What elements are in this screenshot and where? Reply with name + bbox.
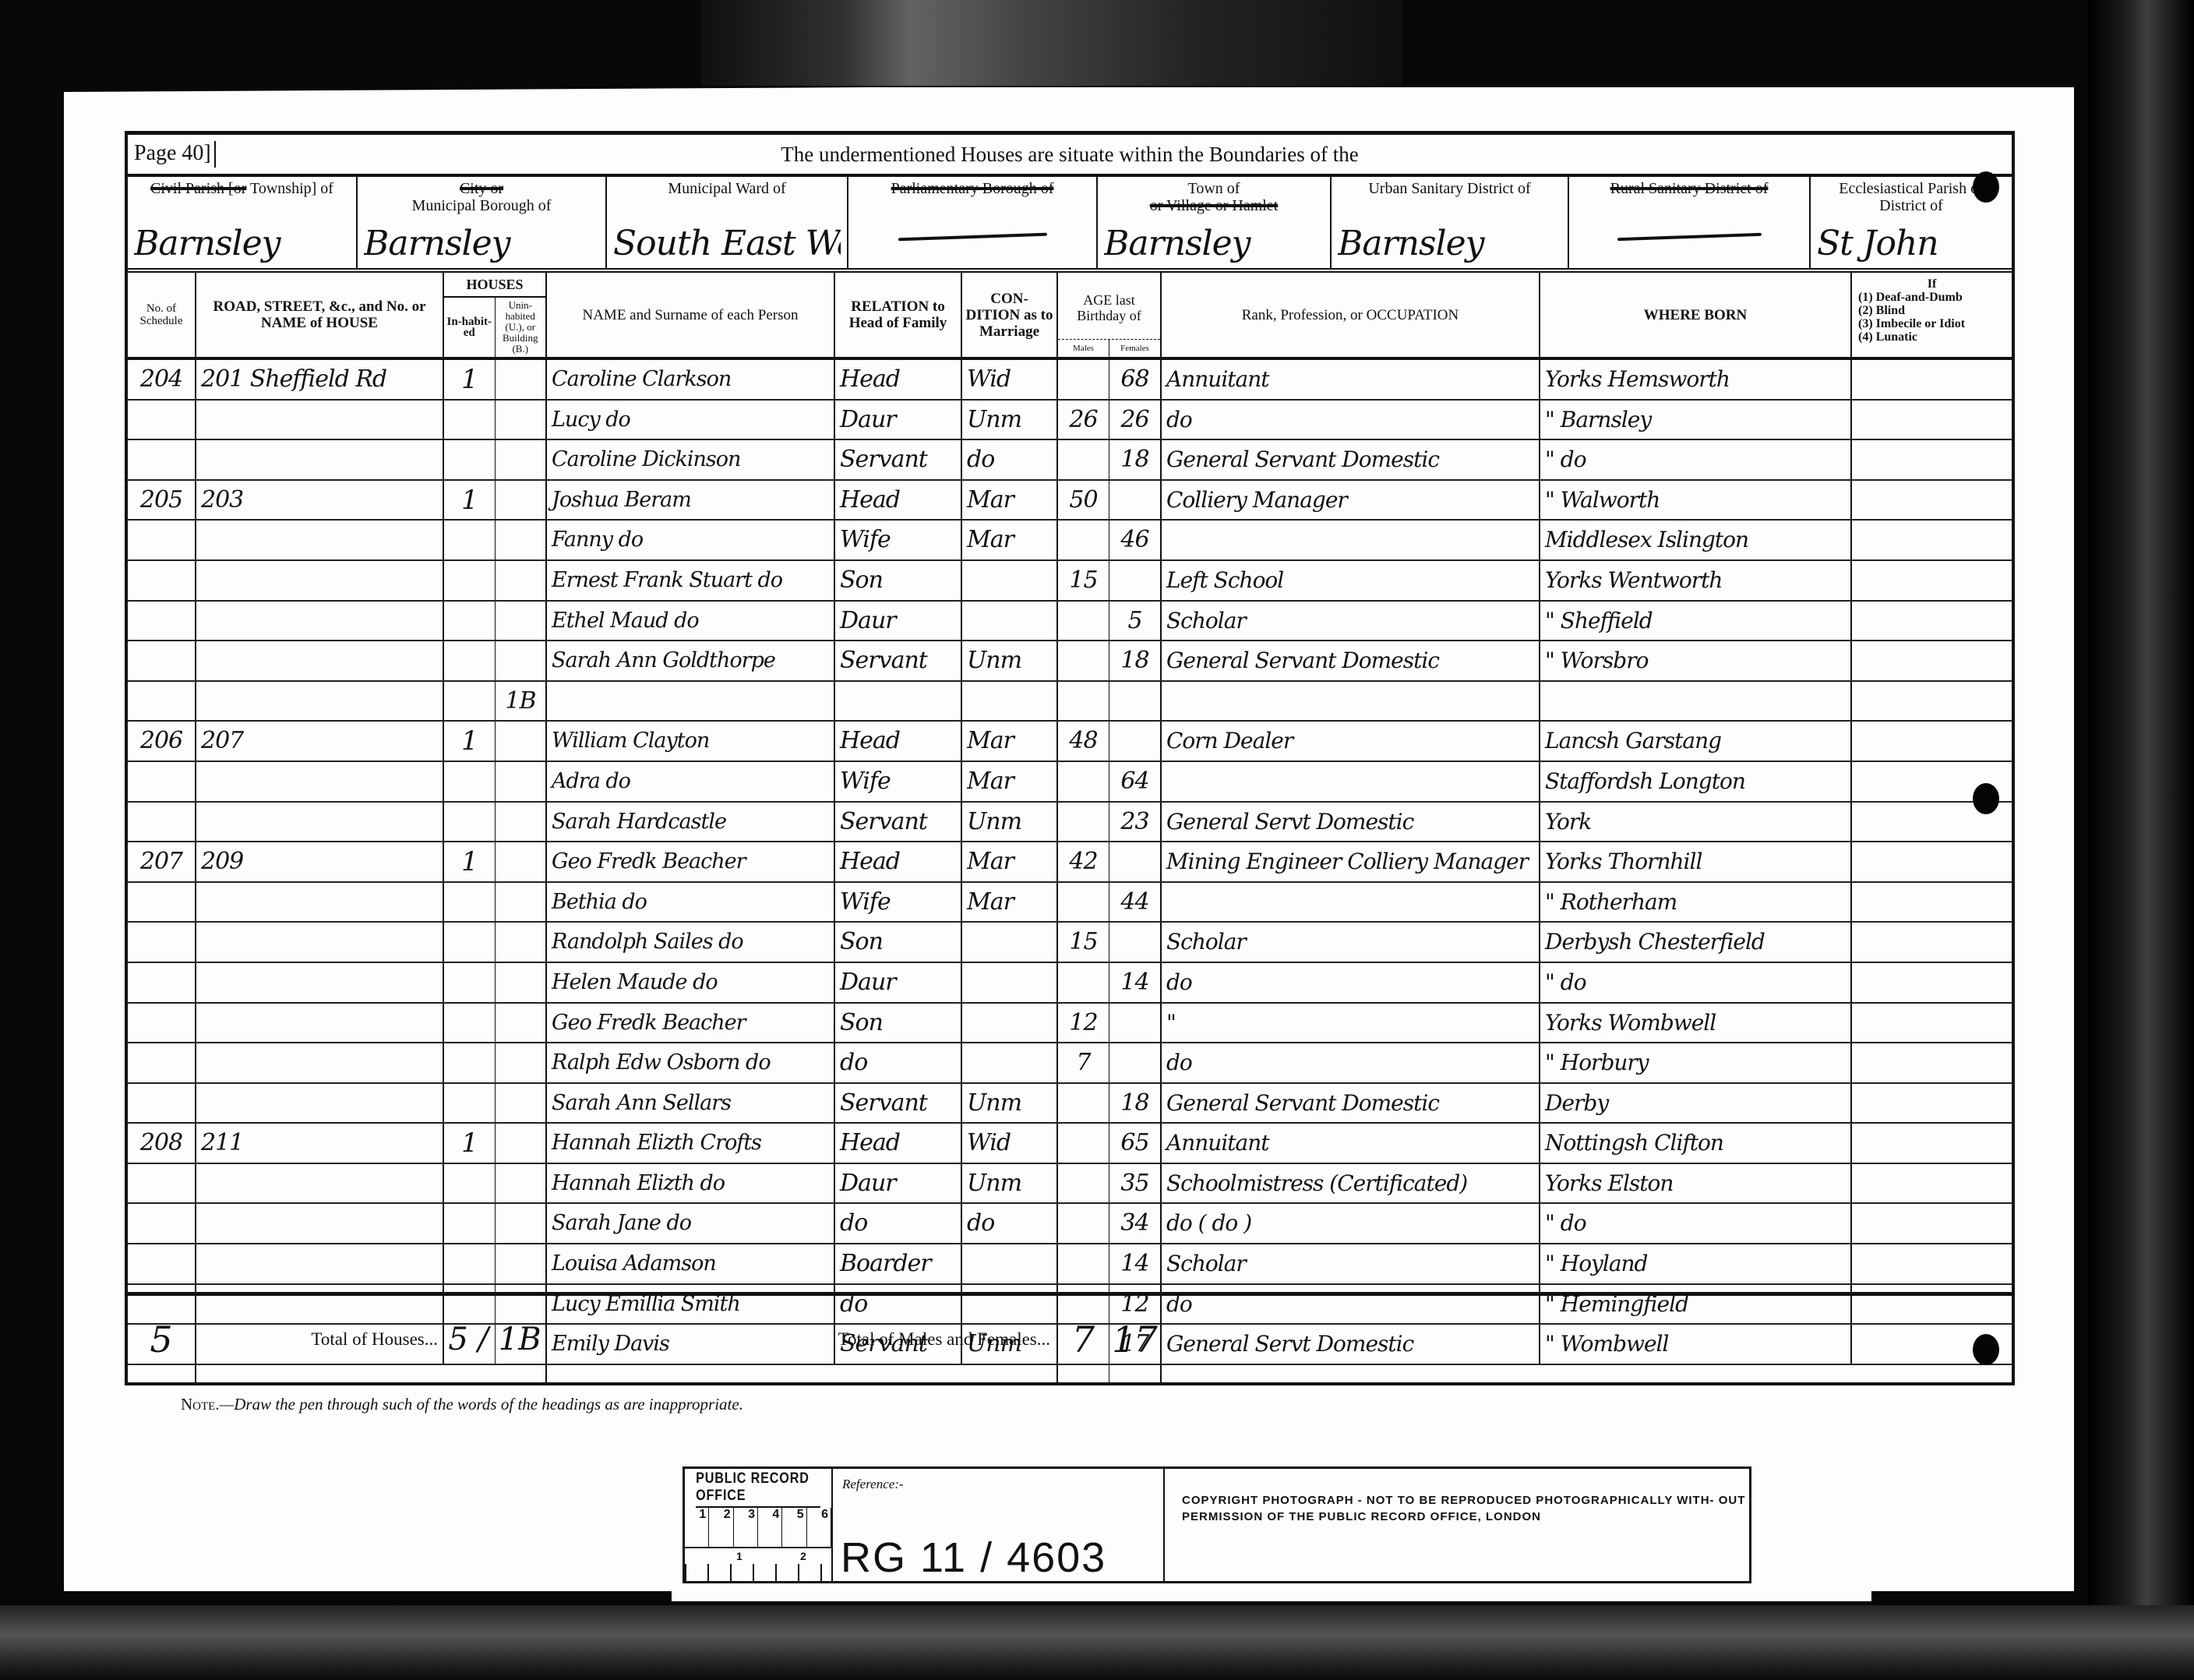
cell-infirmity	[1852, 440, 2012, 479]
cell-name: Louisa Adamson	[547, 1244, 835, 1283]
cell-inhabited	[444, 883, 496, 922]
cell-male-age: 26	[1058, 401, 1109, 439]
cell-road: 209	[196, 842, 444, 881]
cell-male-age	[1058, 521, 1109, 559]
col-name: NAME and Surname of each Person	[547, 273, 835, 357]
table-row: Adra doWifeMar64Staffordsh Longton	[128, 762, 2012, 803]
cell-name: Hannah Elizth Crofts	[547, 1124, 835, 1163]
cell-where-born	[1540, 682, 1852, 721]
cell-uninhabited	[496, 963, 547, 1002]
cell-infirmity	[1852, 561, 2012, 600]
cell-condition	[962, 963, 1058, 1002]
cell-relation: Son	[835, 1004, 962, 1043]
cell-uninhabited	[496, 1043, 547, 1082]
cell-relation: Head	[835, 842, 962, 881]
cell-occupation	[1162, 521, 1540, 559]
col-females: Females	[1109, 340, 1160, 357]
ruler: 1 2	[685, 1548, 831, 1581]
cell-where-born: " Walworth	[1540, 481, 1852, 520]
col-occupation: Rank, Profession, or OCCUPATION	[1162, 273, 1540, 357]
cell-occupation: Scholar	[1162, 923, 1540, 962]
cell-uninhabited	[496, 1164, 547, 1203]
total-persons-label-cell: Total of Males and Females...	[547, 1296, 1058, 1383]
cell-relation: Son	[835, 923, 962, 962]
cell-male-age: 50	[1058, 481, 1109, 520]
table-row: Louisa AdamsonBoarder14Scholar" Hoyland	[128, 1244, 2012, 1285]
cell-uninhabited	[496, 1084, 547, 1123]
cell-occupation: Colliery Manager	[1162, 481, 1540, 520]
cell-name: Geo Fredk Beacher	[547, 1004, 835, 1043]
pro-office-title: PUBLIC RECORD OFFICE	[696, 1469, 820, 1508]
cell-name	[547, 682, 835, 721]
cell-name: Joshua Beram	[547, 481, 835, 520]
cell-schedule	[128, 401, 196, 439]
table-row: Lucy doDaurUnm2626do" Barnsley	[128, 401, 2012, 441]
cell-relation: Daur	[835, 963, 962, 1002]
cell-condition: Mar	[962, 762, 1058, 801]
cell-name: Geo Fredk Beacher	[547, 842, 835, 881]
cell-name: Sarah Ann Sellars	[547, 1084, 835, 1123]
cell-road	[196, 883, 444, 922]
cell-where-born: Lancsh Garstang	[1540, 722, 1852, 761]
cell-male-age	[1058, 641, 1109, 680]
cell-condition: Unm	[962, 641, 1058, 680]
cell-schedule	[128, 682, 196, 721]
cell-uninhabited	[496, 440, 547, 479]
cell-infirmity	[1852, 1043, 2012, 1082]
col-inhabited: In-habit-ed	[444, 298, 496, 357]
cell-relation: Head	[835, 360, 962, 399]
cell-condition	[962, 602, 1058, 641]
table-row: Hannah Elizth doDaurUnm35Schoolmistress …	[128, 1164, 2012, 1205]
cell-male-age	[1058, 440, 1109, 479]
cell-male-age	[1058, 883, 1109, 922]
cell-name: Helen Maude do	[547, 963, 835, 1002]
cell-female-age	[1109, 1043, 1162, 1082]
cell-name: Caroline Clarkson	[547, 360, 835, 399]
cell-name: Randolph Sailes do	[547, 923, 835, 962]
table-row: Sarah Ann GoldthorpeServantUnm18General …	[128, 641, 2012, 682]
table-row: Randolph Sailes doSon15ScholarDerbysh Ch…	[128, 923, 2012, 963]
cell-condition	[962, 561, 1058, 600]
cell-condition	[962, 682, 1058, 721]
public-record-office-slip: PUBLIC RECORD OFFICE 1 2 3 4 5 6 1 2 Ref…	[672, 1457, 1871, 1601]
total-persons-label: Total of Males and Females...	[838, 1329, 1050, 1350]
cell-male-age: 15	[1058, 923, 1109, 962]
cell-schedule: 206	[128, 722, 196, 761]
cell-schedule	[128, 762, 196, 801]
cell-schedule	[128, 561, 196, 600]
table-row: Geo Fredk BeacherSon12"Yorks Wombwell	[128, 1004, 2012, 1044]
cell-female-age: 18	[1109, 1084, 1162, 1123]
table-row: 2072091Geo Fredk BeacherHeadMar42Mining …	[128, 842, 2012, 883]
cell-inhabited: 1	[444, 360, 496, 399]
cell-relation: Boarder	[835, 1244, 962, 1283]
blank-dash	[898, 233, 1047, 242]
district-municipal-ward: Municipal Ward of South East Ward	[607, 177, 848, 268]
cell-infirmity	[1852, 401, 2012, 439]
cell-inhabited	[444, 641, 496, 680]
district-value: Barnsley	[1104, 224, 1324, 263]
cell-inhabited	[444, 602, 496, 641]
table-row: Helen Maude doDaur14do" do	[128, 963, 2012, 1004]
cell-name: Lucy do	[547, 401, 835, 439]
cell-inhabited: 1	[444, 481, 496, 520]
table-row: Ernest Frank Stuart doSon15Left SchoolYo…	[128, 561, 2012, 602]
cell-relation: Daur	[835, 1164, 962, 1203]
cell-infirmity	[1852, 360, 2012, 399]
cell-where-born: " Horbury	[1540, 1043, 1852, 1082]
cell-female-age	[1109, 923, 1162, 962]
col-age: AGE last Birthday of Males Females	[1058, 273, 1162, 357]
cell-uninhabited: 1B	[496, 682, 547, 721]
scan-background	[701, 0, 1402, 86]
cell-female-age: 23	[1109, 803, 1162, 842]
cell-female-age: 18	[1109, 641, 1162, 680]
cell-condition: do	[962, 1204, 1058, 1243]
cell-male-age	[1058, 602, 1109, 641]
cell-male-age	[1058, 762, 1109, 801]
cell-occupation: General Servant Domestic	[1162, 440, 1540, 479]
cell-inhabited	[444, 561, 496, 600]
cell-road	[196, 1043, 444, 1082]
cell-occupation: Annuitant	[1162, 1124, 1540, 1163]
cell-inhabited	[444, 963, 496, 1002]
table-row: 1B	[128, 682, 2012, 722]
cell-infirmity	[1852, 1084, 2012, 1123]
cell-schedule	[128, 803, 196, 842]
cell-relation: Servant	[835, 641, 962, 680]
cell-infirmity	[1852, 722, 2012, 761]
cell-relation: Son	[835, 561, 962, 600]
title-row: Page 40] The undermentioned Houses are s…	[128, 135, 2012, 177]
cell-infirmity	[1852, 641, 2012, 680]
cell-inhabited	[444, 1043, 496, 1082]
cell-uninhabited	[496, 923, 547, 962]
cell-schedule	[128, 602, 196, 641]
cell-where-born: " do	[1540, 963, 1852, 1002]
cell-male-age	[1058, 1084, 1109, 1123]
cell-name: Ralph Edw Osborn do	[547, 1043, 835, 1082]
cell-occupation: General Servt Domestic	[1162, 803, 1540, 842]
cell-relation: Servant	[835, 803, 962, 842]
cell-infirmity	[1852, 963, 2012, 1002]
cell-where-born: Staffordsh Longton	[1540, 762, 1852, 801]
table-row: Caroline DickinsonServantdo18General Ser…	[128, 440, 2012, 481]
cell-road	[196, 963, 444, 1002]
table-row: Sarah HardcastleServantUnm23General Serv…	[128, 803, 2012, 843]
table-row: Ethel Maud doDaur5Scholar" Sheffield	[128, 602, 2012, 642]
cell-condition: Unm	[962, 1084, 1058, 1123]
cell-uninhabited	[496, 641, 547, 680]
footnote: Note.—Draw the pen through such of the w…	[181, 1395, 743, 1414]
census-form: Page 40] The undermentioned Houses are s…	[125, 131, 2015, 1385]
cell-occupation: Scholar	[1162, 602, 1540, 641]
cell-uninhabited	[496, 602, 547, 641]
col-road: ROAD, STREET, &c., and No. or NAME of HO…	[196, 273, 444, 357]
cell-male-age	[1058, 1204, 1109, 1243]
cell-road	[196, 1084, 444, 1123]
pro-reference: Reference:- RG 11 / 4603	[833, 1469, 1165, 1581]
cell-uninhabited	[496, 401, 547, 439]
cell-relation: Wife	[835, 521, 962, 559]
cell-condition: do	[962, 440, 1058, 479]
district-value: Barnsley	[1338, 224, 1561, 263]
district-rural-sanitary: Rural Sanitary District of	[1569, 177, 1811, 268]
cell-occupation: do	[1162, 963, 1540, 1002]
cell-where-born: Yorks Wombwell	[1540, 1004, 1852, 1043]
table-row: 2062071William ClaytonHeadMar48Corn Deal…	[128, 722, 2012, 762]
district-parliamentary-borough: Parliamentary Borough of	[848, 177, 1098, 268]
cell-inhabited	[444, 521, 496, 559]
district-value: South East Ward	[613, 224, 841, 263]
cell-uninhabited	[496, 842, 547, 881]
cell-where-born: " Hoyland	[1540, 1244, 1852, 1283]
cell-name: William Clayton	[547, 722, 835, 761]
col-houses: HOUSES In-habit-ed Unin-habited (U.), or…	[444, 273, 547, 357]
cell-female-age	[1109, 722, 1162, 761]
cell-road	[196, 682, 444, 721]
cell-male-age	[1058, 1244, 1109, 1283]
cell-infirmity	[1852, 602, 2012, 641]
cell-relation: Servant	[835, 440, 962, 479]
district-value: Barnsley	[134, 224, 350, 263]
cell-female-age: 35	[1109, 1164, 1162, 1203]
cell-relation: Head	[835, 722, 962, 761]
cell-schedule	[128, 1084, 196, 1123]
cell-condition: Mar	[962, 722, 1058, 761]
cell-inhabited	[444, 1244, 496, 1283]
cell-infirmity	[1852, 1004, 2012, 1043]
cell-schedule: 204	[128, 360, 196, 399]
cell-road	[196, 440, 444, 479]
cell-schedule	[128, 1244, 196, 1283]
total-males: 7	[1058, 1296, 1109, 1383]
cell-condition: Unm	[962, 1164, 1058, 1203]
col-relation: RELATION to Head of Family	[835, 273, 962, 357]
cell-occupation	[1162, 762, 1540, 801]
district-municipal-borough: City orMunicipal Borough of Barnsley	[358, 177, 607, 268]
cell-female-age: 65	[1109, 1124, 1162, 1163]
cell-name: Sarah Jane do	[547, 1204, 835, 1243]
cell-schedule	[128, 440, 196, 479]
cell-schedule	[128, 923, 196, 962]
cell-schedule	[128, 1204, 196, 1243]
cell-road: 201 Sheffield Rd	[196, 360, 444, 399]
cell-female-age: 34	[1109, 1204, 1162, 1243]
cell-uninhabited	[496, 1124, 547, 1163]
cell-female-age: 64	[1109, 762, 1162, 801]
cell-condition: Unm	[962, 803, 1058, 842]
cell-relation	[835, 682, 962, 721]
cell-schedule: 208	[128, 1124, 196, 1163]
cell-where-born: Derby	[1540, 1084, 1852, 1123]
cell-condition: Unm	[962, 401, 1058, 439]
col-where-born: WHERE BORN	[1540, 273, 1852, 357]
cell-infirmity	[1852, 682, 2012, 721]
cell-name: Hannah Elizth do	[547, 1164, 835, 1203]
cell-road	[196, 1204, 444, 1243]
cell-where-born: Derbysh Chesterfield	[1540, 923, 1852, 962]
cell-female-age: 14	[1109, 1244, 1162, 1283]
cell-female-age	[1109, 561, 1162, 600]
cell-female-age	[1109, 842, 1162, 881]
page-title: The undermentioned Houses are situate wi…	[128, 143, 2012, 167]
table-header: No. of Schedule ROAD, STREET, &c., and N…	[128, 273, 2012, 360]
cell-uninhabited	[496, 883, 547, 922]
cell-relation: Daur	[835, 401, 962, 439]
cell-inhabited	[444, 1204, 496, 1243]
cell-schedule: 207	[128, 842, 196, 881]
blank-dash	[1617, 233, 1762, 241]
cell-where-born: Yorks Wentworth	[1540, 561, 1852, 600]
district-civil-parish: Civil Parish [or Township] of Barnsley	[128, 177, 358, 268]
cell-inhabited	[444, 762, 496, 801]
cell-occupation: do ( do )	[1162, 1204, 1540, 1243]
cell-male-age: 7	[1058, 1043, 1109, 1082]
cell-inhabited	[444, 682, 496, 721]
total-houses: 5 / 1B	[444, 1296, 547, 1383]
cell-occupation: Mining Engineer Colliery Manager	[1162, 842, 1540, 881]
cell-occupation: Corn Dealer	[1162, 722, 1540, 761]
cell-where-born: " Sheffield	[1540, 602, 1852, 641]
cell-road	[196, 923, 444, 962]
table-row: Fanny doWifeMar46Middlesex Islington	[128, 521, 2012, 561]
table-row: Sarah Jane dododo34do ( do )" do	[128, 1204, 2012, 1244]
cell-male-age	[1058, 360, 1109, 399]
cell-male-age	[1058, 963, 1109, 1002]
cell-infirmity	[1852, 923, 2012, 962]
cell-uninhabited	[496, 360, 547, 399]
cell-uninhabited	[496, 481, 547, 520]
cell-occupation: "	[1162, 1004, 1540, 1043]
cell-where-born: " Worsbro	[1540, 641, 1852, 680]
cell-road	[196, 1244, 444, 1283]
cell-female-age: 26	[1109, 401, 1162, 439]
cell-female-age: 5	[1109, 602, 1162, 641]
cell-inhabited	[444, 923, 496, 962]
district-urban-sanitary: Urban Sanitary District of Barnsley	[1332, 177, 1569, 268]
cell-name: Caroline Dickinson	[547, 440, 835, 479]
cell-infirmity	[1852, 1124, 2012, 1163]
cell-uninhabited	[496, 521, 547, 559]
cell-where-born: Yorks Elston	[1540, 1164, 1852, 1203]
cell-occupation: Annuitant	[1162, 360, 1540, 399]
cell-female-age: 46	[1109, 521, 1162, 559]
cell-inhabited	[444, 1004, 496, 1043]
cell-relation: Wife	[835, 883, 962, 922]
col-condition: CON-DITION as to Marriage	[962, 273, 1058, 357]
cell-inhabited: 1	[444, 1124, 496, 1163]
cell-relation: Head	[835, 1124, 962, 1163]
cell-road	[196, 1164, 444, 1203]
cell-occupation	[1162, 682, 1540, 721]
cell-inhabited	[444, 401, 496, 439]
cell-condition	[962, 1043, 1058, 1082]
cell-where-born: " Barnsley	[1540, 401, 1852, 439]
cell-where-born: " Rotherham	[1540, 883, 1852, 922]
cell-inhabited	[444, 803, 496, 842]
cell-female-age	[1109, 481, 1162, 520]
cell-condition	[962, 923, 1058, 962]
cell-name: Ernest Frank Stuart do	[547, 561, 835, 600]
cell-condition	[962, 1244, 1058, 1283]
cell-condition: Wid	[962, 360, 1058, 399]
cell-female-age: 68	[1109, 360, 1162, 399]
cell-uninhabited	[496, 1244, 547, 1283]
cell-relation: Wife	[835, 762, 962, 801]
cell-uninhabited	[496, 1004, 547, 1043]
cell-occupation: Left School	[1162, 561, 1540, 600]
cell-name: Adra do	[547, 762, 835, 801]
cell-schedule	[128, 1164, 196, 1203]
cell-schedule	[128, 641, 196, 680]
cell-uninhabited	[496, 1204, 547, 1243]
cell-condition: Mar	[962, 883, 1058, 922]
cell-relation: Head	[835, 481, 962, 520]
cell-relation: do	[835, 1043, 962, 1082]
cell-inhabited	[444, 1164, 496, 1203]
copyright-notice: COPYRIGHT PHOTOGRAPH - NOT TO BE REPRODU…	[1165, 1469, 1749, 1581]
cell-relation: Servant	[835, 1084, 962, 1123]
cell-inhabited: 1	[444, 842, 496, 881]
cell-relation: Daur	[835, 602, 962, 641]
cell-road: 203	[196, 481, 444, 520]
cell-male-age	[1058, 682, 1109, 721]
cell-inhabited	[444, 440, 496, 479]
cell-occupation: do	[1162, 401, 1540, 439]
cell-male-age	[1058, 803, 1109, 842]
cell-female-age: 14	[1109, 963, 1162, 1002]
cell-uninhabited	[496, 561, 547, 600]
table-row: Ralph Edw Osborn dodo7do" Horbury	[128, 1043, 2012, 1084]
cell-female-age: 44	[1109, 883, 1162, 922]
totals-row: 5 Total of Houses... 5 / 1B Total of Mal…	[128, 1292, 2012, 1383]
cell-male-age	[1058, 1124, 1109, 1163]
col-uninhabited: Unin-habited (U.), or Building (B.)	[496, 298, 546, 357]
district-value: St John	[1817, 224, 2005, 263]
cell-schedule	[128, 1043, 196, 1082]
cell-where-born: Yorks Thornhill	[1540, 842, 1852, 881]
cell-name: Ethel Maud do	[547, 602, 835, 641]
col-infirmity: If (1) Deaf-and-Dumb (2) Blind (3) Imbec…	[1852, 273, 2012, 357]
cell-schedule	[128, 521, 196, 559]
total-females: 17	[1109, 1296, 1162, 1383]
cell-infirmity	[1852, 1204, 2012, 1243]
table-row: 204201 Sheffield Rd1Caroline ClarksonHea…	[128, 360, 2012, 401]
cell-condition: Wid	[962, 1124, 1058, 1163]
cell-female-age	[1109, 1004, 1162, 1043]
cell-infirmity	[1852, 1164, 2012, 1203]
cell-road	[196, 641, 444, 680]
cell-schedule	[128, 963, 196, 1002]
cell-condition	[962, 1004, 1058, 1043]
table-row: Bethia doWifeMar44" Rotherham	[128, 883, 2012, 923]
cell-uninhabited	[496, 722, 547, 761]
scan-edge-bottom	[0, 1605, 2194, 1680]
district-town: Town ofor Village or Hamlet Barnsley	[1098, 177, 1332, 268]
cell-road	[196, 762, 444, 801]
cell-occupation: General Servant Domestic	[1162, 641, 1540, 680]
col-schedule: No. of Schedule	[128, 273, 196, 357]
punch-hole	[1973, 783, 1999, 814]
cell-road: 211	[196, 1124, 444, 1163]
cell-occupation: do	[1162, 1043, 1540, 1082]
pro-scale: PUBLIC RECORD OFFICE 1 2 3 4 5 6 1 2	[685, 1469, 833, 1581]
cell-male-age: 15	[1058, 561, 1109, 600]
total-houses-label: Total of Houses...	[311, 1329, 438, 1350]
cell-inhabited	[444, 1084, 496, 1123]
